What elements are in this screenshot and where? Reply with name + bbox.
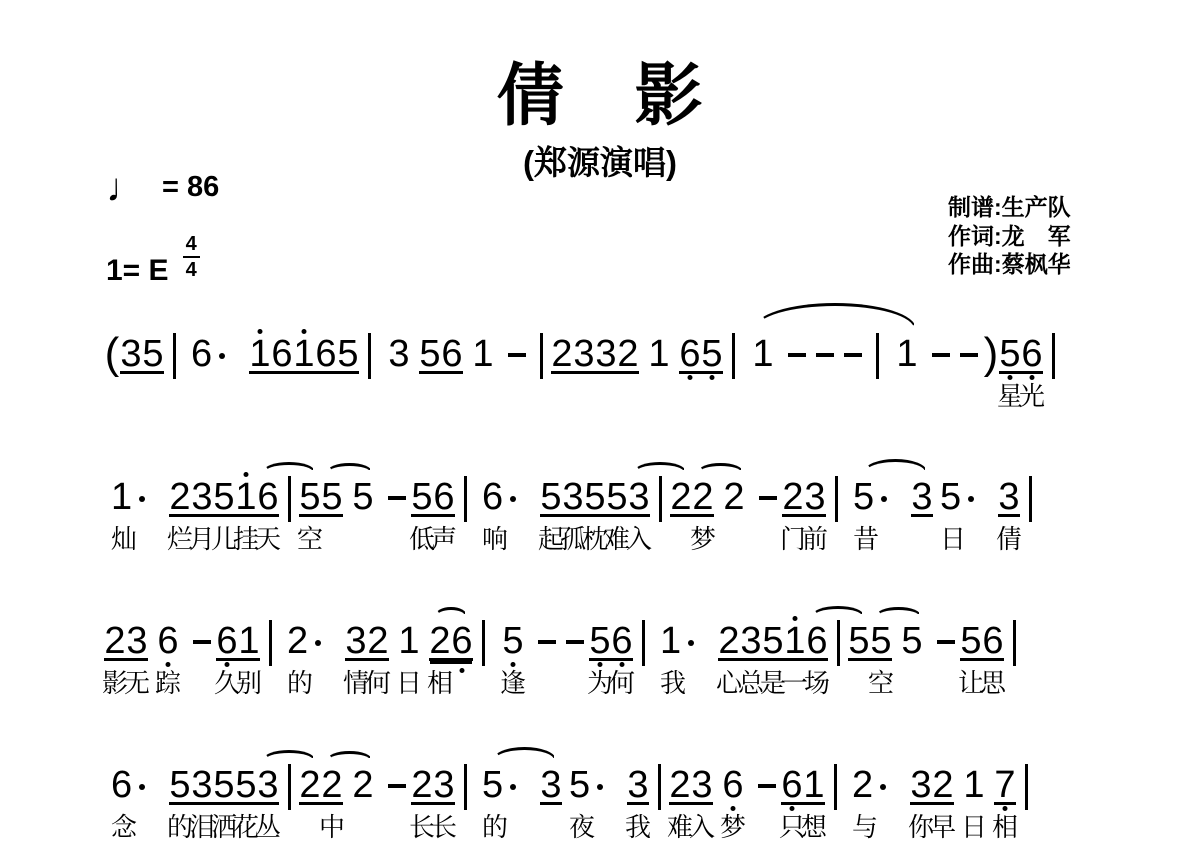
lyric: 入: [689, 814, 715, 840]
eighth-beam: 2难3入: [669, 768, 713, 805]
note: 3: [573, 337, 595, 371]
barline-glyph: [173, 333, 176, 379]
note: 6思: [982, 624, 1004, 658]
note-number: 3: [595, 337, 616, 371]
note-number: 6: [111, 768, 132, 802]
tempo-marking: ♩= 86: [106, 166, 219, 211]
note-number: 1: [648, 337, 669, 371]
quarter-note-icon: ♩: [106, 166, 146, 210]
note-number: 1: [398, 624, 419, 658]
barline-glyph: [658, 764, 661, 810]
credit-composer: 作曲:蔡枫华: [948, 250, 1071, 279]
eighth-beam: 56: [419, 337, 463, 374]
duration-dash: [754, 496, 782, 517]
duration-dash: [383, 496, 411, 517]
eighth-beam: 5低6声: [411, 480, 455, 517]
lyric: 梦: [690, 526, 716, 552]
note: 5低: [411, 480, 433, 514]
note-number: 1: [660, 624, 681, 658]
lyric: 我: [625, 814, 651, 840]
lyric: 昔: [853, 526, 879, 552]
note-number: 1: [472, 337, 493, 371]
note: 3: [120, 337, 142, 371]
note: 6何: [611, 624, 633, 658]
note: 2早: [932, 768, 954, 802]
duration-dash: [188, 640, 216, 661]
note: 1灿: [104, 480, 169, 517]
eighth-beam: 2早: [932, 768, 954, 805]
octave-dot-below: [598, 662, 603, 667]
barline-glyph: [1013, 620, 1016, 666]
augmentation-dot: [139, 784, 145, 790]
octave-dot-below: [1008, 375, 1013, 380]
note-number: 5: [960, 624, 981, 658]
note: 1想: [803, 768, 825, 802]
note: 2: [670, 480, 692, 514]
eighth-beam: 1挂6天: [235, 480, 279, 517]
eighth-beam: 1一6场: [784, 624, 828, 661]
note-number: 3: [804, 480, 825, 514]
note-number: 5: [901, 624, 922, 658]
note: 6久: [216, 624, 238, 658]
eighth-beam: 3孤5枕: [562, 480, 606, 517]
slur-tie: [327, 463, 372, 472]
barline-glyph: [464, 476, 467, 522]
note: 6光: [1021, 337, 1043, 371]
lyric: 梦: [720, 814, 746, 840]
barline: [723, 333, 743, 374]
note: 5: [142, 337, 164, 371]
slur-tie: [634, 462, 686, 472]
barline-glyph: [464, 764, 467, 810]
time-signature: 44: [183, 234, 200, 280]
note-number: 5: [589, 624, 610, 658]
lyric: 空: [868, 670, 894, 696]
eighth-beam: 3我: [627, 768, 649, 805]
dash-glyph: [788, 353, 806, 357]
eighth-beam: 3月5儿: [191, 480, 235, 517]
barline-glyph: [659, 476, 662, 522]
note-number: 3: [191, 480, 212, 514]
music-line-3: 2影3无6踪6久1别2的3情2何1日2相65逢5为6何1我2心3总5是1一6场5…: [104, 586, 1024, 705]
note: 1别: [238, 624, 260, 658]
note: 2影: [104, 624, 126, 658]
octave-dot-below: [1030, 375, 1035, 380]
octave-dot-above: [244, 472, 249, 477]
eighth-beam: 3: [540, 768, 562, 805]
note: 5: [343, 480, 383, 517]
lyric: 早: [930, 814, 956, 840]
eighth-beam: 2长3长: [411, 768, 455, 805]
note-number: 5: [606, 480, 627, 514]
augmentation-dot: [688, 640, 694, 646]
note: 1: [249, 337, 271, 371]
dash-glyph: [960, 353, 978, 357]
note-number: 3: [998, 480, 1019, 514]
octave-dot-below: [166, 662, 171, 667]
slur-tie: [698, 463, 743, 472]
duration-dash: [533, 640, 561, 661]
note: 6: [679, 337, 701, 371]
note-number: 2: [782, 480, 803, 514]
page-title: 倩 影: [0, 62, 1200, 130]
note-number: 3: [562, 480, 583, 514]
eighth-beam: 22梦: [670, 480, 714, 517]
note-number: 3: [388, 337, 409, 371]
augmentation-dot: [510, 784, 516, 790]
note-number: 7: [994, 768, 1015, 802]
music-line-4: 6念5的3泪5洒5花3丛22中22长3长5的35夜3我2难3入6梦6只1想2与3…: [104, 730, 1036, 849]
note-number: 5: [482, 768, 503, 802]
barline-glyph: [368, 333, 371, 379]
note: 5起: [540, 480, 562, 514]
lyric: 的: [287, 670, 313, 696]
note-number: 6: [441, 337, 462, 371]
eighth-beam: 5的: [169, 768, 191, 805]
duration-dash: [383, 784, 411, 805]
note-number: 5: [169, 768, 190, 802]
barline: [455, 476, 475, 517]
note: 1: [887, 337, 927, 374]
note: 5儿: [213, 480, 235, 514]
note: 6踪: [148, 624, 188, 661]
dash-glyph: [937, 640, 955, 644]
credit-lyricist: 作词:龙 军: [948, 222, 1071, 251]
note: 5: [419, 337, 441, 371]
barline: [867, 333, 887, 374]
note-number: 1: [235, 480, 256, 514]
note-number: 5: [213, 480, 234, 514]
note: 6场: [806, 624, 828, 658]
octave-dot-below: [688, 375, 693, 380]
eighth-beam: 3总5是: [740, 624, 784, 661]
note: 5日: [933, 480, 998, 517]
note-number: 2: [367, 624, 388, 658]
note: 5空: [299, 480, 321, 514]
note-number: 3: [573, 337, 594, 371]
note-number: 3: [911, 480, 932, 514]
dash-glyph: [193, 640, 211, 644]
barline: [279, 476, 299, 517]
octave-dot-below: [731, 806, 736, 811]
eighth-beam: 2影3无: [104, 624, 148, 661]
note-number: 3: [627, 768, 648, 802]
note: 5: [321, 480, 343, 514]
eighth-beam: 22中: [299, 768, 343, 805]
note-number: 6: [611, 624, 632, 658]
barline-glyph: [642, 620, 645, 666]
time-sig-denominator: 4: [183, 258, 200, 280]
slur-tie: [263, 750, 315, 760]
note-number: 6: [451, 624, 472, 658]
note-number: 3: [120, 337, 141, 371]
note: 3长: [433, 768, 455, 802]
barline: [164, 333, 184, 374]
note: 1我: [653, 624, 718, 661]
barline: [531, 333, 551, 374]
note: 3前: [804, 480, 826, 514]
note-number: 5: [235, 768, 256, 802]
note-number: 6: [781, 768, 802, 802]
note: 3总: [740, 624, 762, 658]
eighth-beam: 3: [911, 480, 933, 517]
duration-dash: [955, 353, 983, 374]
eighth-beam: 6久1别: [216, 624, 260, 661]
note: 3我: [627, 768, 649, 802]
note: 1挂: [235, 480, 257, 514]
note: 6念: [104, 768, 169, 805]
barline: [828, 620, 848, 661]
eighth-beam: 32: [595, 337, 639, 374]
lyric: 入: [626, 526, 652, 552]
dash-glyph: [759, 496, 777, 500]
eighth-beam: 55空: [848, 624, 892, 661]
barline: [279, 764, 299, 805]
note: 6: [184, 337, 249, 374]
octave-dot-below: [620, 662, 625, 667]
octave-dot-below: [1003, 806, 1008, 811]
slur-tie: [435, 607, 467, 616]
eighth-beam: 2门3前: [782, 480, 826, 517]
note-number: 5: [419, 337, 440, 371]
note: 3入: [691, 768, 713, 802]
note-number: 5: [299, 480, 320, 514]
note: 5星: [999, 337, 1021, 371]
augmentation-dot: [139, 496, 145, 502]
barline-glyph: [288, 476, 291, 522]
note-number: 2: [321, 768, 342, 802]
note: 2门: [782, 480, 804, 514]
note: 2: [343, 768, 383, 805]
duration-dash: [783, 353, 811, 374]
note-number: 3: [540, 768, 561, 802]
note: 1日: [954, 768, 994, 805]
sheet-music-page: 倩 影 (郑源演唱) ♩= 86 1= E44 制谱:生产队 作词:龙 军 作曲…: [0, 0, 1200, 850]
note-number: 6: [722, 768, 743, 802]
barline-glyph: [1029, 476, 1032, 522]
duration-dash: [932, 640, 960, 661]
note-number: 1: [293, 337, 314, 371]
slur-tie: [864, 459, 927, 472]
note: 2: [617, 337, 639, 371]
lyric: 别: [236, 670, 262, 696]
eighth-beam: 5为6何: [589, 624, 633, 661]
note: 6只: [781, 768, 803, 802]
credit-arranger: 制谱:生产队: [948, 193, 1071, 222]
barline-glyph: [288, 764, 291, 810]
lyric: 长: [431, 814, 457, 840]
lyric: 无: [124, 670, 150, 696]
note-number: 5: [853, 480, 874, 514]
note-number: 6: [1021, 337, 1042, 371]
note: 3情: [345, 624, 367, 658]
lyric: 日: [396, 670, 422, 696]
octave-dot-above: [302, 329, 307, 334]
eighth-beam: 6只1想: [781, 768, 825, 805]
barline: [825, 764, 845, 805]
lyric: 念: [111, 814, 137, 840]
note-number: 1: [111, 480, 132, 514]
eighth-beam: 2何: [367, 624, 389, 661]
note-number: 5: [142, 337, 163, 371]
note: 3入: [628, 480, 650, 514]
note: 6声: [433, 480, 455, 514]
note-number: 5: [213, 768, 234, 802]
slur-tie: [493, 747, 556, 760]
duration-dash: [811, 353, 839, 374]
octave-dot-below: [460, 668, 465, 673]
barline: [1020, 476, 1040, 517]
note: 2与: [845, 768, 910, 805]
note-number: 5: [848, 624, 869, 658]
barline-glyph: [837, 620, 840, 666]
music-line-1: (356161653561233216511)5星6光: [104, 299, 1063, 418]
open-paren: (: [104, 337, 120, 374]
note-number: 6: [482, 480, 503, 514]
note: 3泪: [191, 768, 213, 802]
note-number: 3: [910, 768, 931, 802]
note-number: 2: [429, 624, 450, 658]
note: 7相: [994, 768, 1016, 802]
close-paren: ): [983, 337, 999, 374]
note: 5昔: [846, 480, 911, 517]
eighth-beam: 5让6思: [960, 624, 1004, 661]
dash-glyph: [566, 640, 584, 644]
eighth-beam: 7相: [994, 768, 1016, 805]
lyric: 何: [365, 670, 391, 696]
note: 6: [451, 624, 473, 658]
note-number: 2: [617, 337, 638, 371]
note: 5难: [606, 480, 628, 514]
note: 3丛: [257, 768, 279, 802]
note: 5让: [960, 624, 982, 658]
eighth-beam: 65: [315, 337, 359, 374]
note-number: 5: [540, 480, 561, 514]
note-number: 1: [238, 624, 259, 658]
lyric: 空: [297, 526, 323, 552]
note-number: 2: [551, 337, 572, 371]
note-number: 2: [670, 480, 691, 514]
barline: [1043, 333, 1063, 374]
note-number: 6: [257, 480, 278, 514]
note: 5花: [235, 768, 257, 802]
slur-tie: [812, 606, 864, 616]
dash-glyph: [508, 353, 526, 357]
key-signature: 1= E44: [106, 234, 200, 288]
note-number: 2: [692, 480, 713, 514]
note-number: 3: [691, 768, 712, 802]
note-number: 2: [852, 768, 873, 802]
lyric: 声: [431, 526, 457, 552]
barline-glyph: [835, 476, 838, 522]
note-number: 5: [999, 337, 1020, 371]
lyric: 想: [801, 814, 827, 840]
note-number: 2: [669, 768, 690, 802]
barline: [1016, 764, 1036, 805]
note: 5: [892, 624, 932, 661]
slur-tie: [263, 462, 315, 472]
note-number: 5: [870, 624, 891, 658]
sixteenth-beam: 2相6: [429, 624, 473, 661]
dash-glyph: [932, 353, 950, 357]
lyric: 相: [992, 814, 1018, 840]
lyric: 何: [609, 670, 635, 696]
slur-tie: [876, 607, 921, 616]
lyric: 的: [482, 814, 508, 840]
barline-glyph: [732, 333, 735, 379]
slur-tie: [327, 751, 372, 760]
augmentation-dot: [597, 784, 603, 790]
note: 2梦: [692, 480, 714, 514]
note-number: 6: [679, 337, 700, 371]
note-number: 5: [411, 480, 432, 514]
eighth-beam: 3泪5洒: [191, 768, 235, 805]
note: 5逢: [493, 624, 533, 661]
note: 3孤: [562, 480, 584, 514]
note: 2相: [429, 624, 451, 658]
barline: [473, 620, 493, 661]
augmentation-dot: [219, 353, 225, 359]
dash-glyph: [816, 353, 834, 357]
note: 2: [299, 768, 321, 802]
augmentation-dot: [881, 496, 887, 502]
eighth-beam: 1: [249, 337, 271, 374]
eighth-beam: 3你: [910, 768, 932, 805]
octave-dot-below: [511, 662, 516, 667]
note: 6天: [257, 480, 279, 514]
note: 3: [595, 337, 617, 371]
note: 1: [293, 337, 315, 371]
augmentation-dot: [315, 640, 321, 646]
note-number: 6: [216, 624, 237, 658]
lyric: 丛: [255, 814, 281, 840]
note-number: 6: [433, 480, 454, 514]
eighth-beam: 5星6光: [999, 337, 1043, 374]
tempo-value: = 86: [162, 171, 219, 203]
note-number: 5: [940, 480, 961, 514]
note-number: 3: [191, 768, 212, 802]
note: 5是: [762, 624, 784, 658]
key-text: 1= E: [106, 254, 169, 287]
eighth-beam: 5起: [540, 480, 562, 517]
dash-glyph: [844, 353, 862, 357]
lyric: 与: [852, 814, 878, 840]
note: 1: [639, 337, 679, 374]
note-number: 2: [352, 768, 373, 802]
eighth-beam: 3情: [345, 624, 367, 661]
note-number: 2: [718, 624, 739, 658]
note: 3倩: [998, 480, 1020, 514]
note: 5洒: [213, 768, 235, 802]
note: 1: [463, 337, 503, 374]
note: 5枕: [584, 480, 606, 514]
lyric: 日: [940, 526, 966, 552]
note: 2中: [321, 768, 343, 802]
lyric: 天: [255, 526, 281, 552]
note-number: 2: [169, 480, 190, 514]
note-number: 3: [740, 624, 761, 658]
note-number: 2: [723, 480, 744, 514]
lyric: 夜: [569, 814, 595, 840]
note: 3: [379, 337, 419, 374]
note: 2: [551, 337, 573, 371]
duration-dash: [503, 353, 531, 374]
eighth-beam: 35: [120, 337, 164, 374]
note-number: 5: [762, 624, 783, 658]
eighth-beam: 61: [271, 337, 315, 374]
lyric: 踪: [155, 670, 181, 696]
note: 6响: [475, 480, 540, 517]
